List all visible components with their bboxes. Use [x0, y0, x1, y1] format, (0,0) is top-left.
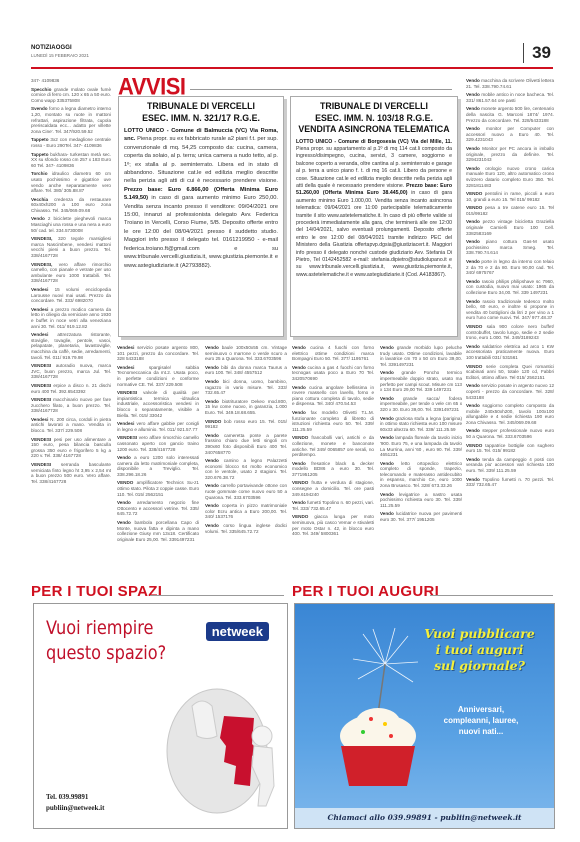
ad-keyword: VENDESI [117, 390, 143, 395]
ad-keyword: VENDO [292, 514, 314, 519]
ad-phone: Tel. 039.99891 [46, 792, 104, 803]
ad-keyword: Vendo [466, 279, 482, 284]
ad-keyword: Vendesi [31, 332, 57, 337]
ad-keyword: Vendo [380, 492, 399, 497]
classified-ad: Specchio grande molato ovale fumè cornic… [31, 87, 111, 104]
ad-keyword: Vendo [205, 345, 222, 350]
classified-ad: Vendo cucina 4 fuochi con forno elettric… [292, 345, 374, 362]
ad-keyword: Tappeto [31, 137, 50, 142]
ad-banner-spazi[interactable]: Vuoi riempire questo spazio? netweek Tel… [33, 603, 288, 829]
ad-keyword: VENDESI [117, 435, 139, 440]
classified-ad: Vendo cucina a gas 4 fuochi con forno te… [292, 365, 374, 382]
classified-ad: Vendo fax modello Olivetti T.L.M. funzio… [292, 410, 374, 432]
ad-keyword: VENDO [292, 435, 311, 440]
ad-keyword: Vendo [466, 146, 482, 151]
ad-headline-line: Vuoi riempire [46, 616, 166, 641]
ad-keyword: Vendo [205, 503, 222, 508]
ad-keyword: Vendo [205, 379, 223, 384]
classified-ad: VENDO bob rosso euro 15. Tel. 015/ 99182 [205, 419, 287, 430]
ad-keyword: VENDO [466, 324, 487, 329]
classified-ad: VENDESI, 320 tegole marsigliesi marca Na… [31, 236, 111, 258]
classified-ad: Vendo piano cottura Gas-M usato pochissi… [466, 239, 554, 256]
ad-keyword: VENDESI [31, 383, 53, 388]
classified-ad: Vendesi spargisale/ sabbia Tecnomeccanic… [117, 365, 199, 387]
classified-ad: Vendo tenda da campeggio 4 posti con ver… [466, 457, 554, 474]
ad-keyword: Vendo [205, 365, 221, 370]
ad-keyword: Vendo [466, 126, 486, 131]
classified-ad: VENDO serie completa Quei romantici scab… [466, 364, 554, 381]
ad-keyword: Vendo [205, 433, 224, 438]
ad-footer-contact[interactable]: Chiamaci allo 039.99891 - publiin@netwee… [295, 808, 554, 828]
ad-keyword: VENDESI, [31, 262, 59, 267]
classified-ad: Vendo coperta in pizzo matrimoniale colo… [205, 503, 287, 520]
classified-ad: Vendo mobile antico in noce bacheca. Tel… [466, 92, 554, 103]
classified-ad: Vendo fumetti Topolino n. 60 pezzi, vari… [292, 500, 374, 511]
classified-ad: VENDESI, vero affare rimorchio camello, … [31, 262, 111, 284]
ad-keyword: Vendo [466, 457, 482, 462]
classified-ad: Vendo baule 100x50x55 cm. Vintage seminu… [205, 345, 287, 362]
ad-keyword: Specchio [31, 87, 54, 92]
ad-keyword: Vendo [117, 455, 134, 460]
classified-ad: Vendo orologio nuovo crono carica manual… [466, 166, 554, 188]
ad-subtext-line: Anniversari, [407, 704, 555, 715]
notice-lot: LOTTO UNICO - Comune di Borgosesia (VC) … [296, 139, 452, 145]
section-divider [190, 89, 452, 90]
ad-keyword: Vendo [466, 166, 485, 171]
classified-ad: Vendo camino a legno Palazzetti economi … [205, 458, 287, 480]
ad-keyword: Vendo [466, 299, 483, 304]
classified-ad: VENDESI autoradio nuova, marca JVC, buon… [31, 363, 111, 380]
classified-ad: Tappeto 3x2 con medaglione centrale ross… [31, 137, 111, 148]
classified-ad: Vendo porte in legno da interno con tela… [466, 259, 554, 276]
ad-keyword: VENDESI [31, 462, 61, 467]
ad-keyword: Vendo [466, 403, 482, 408]
classified-ad: Vendo carrello portavivande ottone con r… [205, 483, 287, 500]
ad-keyword: Vendesi [117, 421, 136, 426]
classifieds-column-4: Vendo macchina da scrivere Olivetti lett… [466, 78, 554, 491]
classified-ad: VENDO pesa a tre catene euro 15. Tel 015… [466, 205, 554, 216]
classified-ad: VENDO pentolini in rame, piccoli a euro … [466, 191, 554, 202]
classified-ad: VENDO giacca lunga per moto seminuova, p… [292, 514, 374, 536]
ad-keyword: VENDO [466, 364, 486, 369]
classified-ad: Vendesi servizio posate argento 800, 101… [117, 345, 199, 362]
ad-keyword: Vendo [292, 461, 311, 466]
ad-keyword: Vendo [31, 216, 48, 221]
classified-ad: Vendo cameretta ponte a parete frassino … [205, 433, 287, 455]
ad-keyword: Vendo [466, 92, 481, 97]
classified-ad: VENDESI vero affare rimorchio camello ca… [117, 435, 199, 452]
classified-ad: Vendo graziosa stufa a legna (parigina) … [380, 416, 462, 433]
ad-keyword: Vendo [380, 345, 397, 350]
ad-keyword: Vendo [466, 259, 481, 264]
ad-keyword: Vendesi [31, 417, 50, 422]
page-header: NOTIZIAOGGI LUNEDÌ 15 FEBBRAIO 2021 39 [31, 45, 551, 69]
ad-keyword: Vendesi [31, 287, 55, 292]
ad-keyword: Vendo [292, 385, 309, 390]
ad-contact: Tel. 039.99891 publiin@netweek.it [46, 792, 104, 814]
ad-headline-line: sul giornale? [407, 658, 552, 674]
notice-title: TRIBUNALE DI VERCELLI [124, 101, 278, 113]
section-divider [150, 595, 284, 596]
notice-body: LOTTO UNICO - Comune di Balmuccia (VC) V… [124, 127, 278, 270]
classified-ad: Vendo bambola porcellana Capo di Monte, … [117, 520, 199, 542]
ad-headline-line: i tuoi auguri [407, 642, 552, 658]
classified-ad: VENDO tappatrice bottiglie con sughero e… [466, 443, 554, 454]
ad-keyword: Vendo [380, 416, 395, 421]
classified-ad: Vendo fresatrice black & decker modello … [292, 461, 374, 478]
ad-keyword: VENDESI [31, 437, 54, 442]
notice-sale-type: VENDITA ASINCRONA TELEMATICA [296, 124, 452, 136]
classified-ad: Torchio idraulico diametro 60 cm usato p… [31, 171, 111, 193]
notice-text-2: in caso di gara aumento minimo Euro 1.00… [296, 190, 452, 277]
newspaper-page: NOTIZIAOGGI LUNEDÌ 15 FEBBRAIO 2021 39 A… [0, 0, 580, 842]
classified-ad: Vendesi vero affare gabbie per conigli i… [117, 421, 199, 432]
ad-keyword: Vendo [205, 458, 224, 463]
ad-keyword: Vendo [205, 483, 220, 488]
ad-keyword: Vendo [292, 500, 307, 505]
classified-ad: Vendo letto ortopedico elettrico complet… [380, 461, 462, 489]
classified-ad: Vendo servizio posate in argento nuovo 1… [466, 383, 554, 400]
classified-ad: VENDO amplificatore Technics Su-z1 ottim… [117, 480, 199, 497]
ad-keyword: Torchio [31, 171, 52, 176]
classified-ad: VENDO francobolli vari, antichi e da col… [292, 435, 374, 457]
classified-ad: Vendo Topolino fumetti n. 70 pezzi. Tel.… [466, 477, 554, 488]
ad-banner-auguri[interactable]: Vuoi pubblicare i tuoi auguri sul giorna… [294, 603, 555, 829]
ad-keyword: Vendo [117, 520, 135, 525]
classified-ad: VENDESI valvole di qualità per impiantis… [117, 390, 199, 418]
classified-ad: Vendo grande sacca/ fodera impermeabile,… [380, 396, 462, 413]
ad-keyword: Vendo [466, 219, 483, 224]
classified-ad: VENDESI macchinario nuovo per fare zucch… [31, 397, 111, 414]
section-title-spazi: PER I TUOI SPAZI [31, 583, 162, 600]
ad-keyword: Vendo [117, 500, 137, 505]
classified-ad: Vendo grande Poncho termico impermeabile… [380, 370, 462, 392]
ad-keyword: Vendo [466, 428, 482, 433]
classified-ad: Vendo macchina da scrivere Olivetti lett… [466, 78, 554, 89]
classified-ad: Tappeto bukhara- turkestan metà sec. XX … [31, 152, 111, 169]
classified-ad: Vendesi attrezzatura ristorante, stovigl… [31, 332, 111, 360]
classified-ad: Vendo bici donna, uomo, bambino, ragazzo… [205, 379, 287, 396]
classified-ad: Vendo stepper professionale nuovo euro 5… [466, 428, 554, 439]
notice-subtitle: ESEC. IMM. N. 103/18 R.G.E. [296, 113, 452, 125]
classified-ad: Vendo corso lingua inglese dodici volumi… [205, 523, 287, 534]
ad-headline-line: questo spazio? [46, 641, 166, 666]
notice-body: LOTTO UNICO - Comune di Borgosesia (VC) … [296, 139, 452, 280]
ad-keyword: Vendo [292, 365, 308, 370]
ad-text: 347- 4109836 [31, 78, 59, 83]
classified-ad: Vendo rasoio tradizionale tedesco molto … [466, 299, 554, 321]
classified-ad: Vendo saldatrice elettrica ad arco 1 KW … [466, 344, 554, 361]
ad-keyword: Vendo [466, 239, 486, 244]
ad-keyword: VENDO [466, 191, 485, 196]
ad-keyword: Vendo [380, 461, 401, 466]
ad-keyword: Tappeto [31, 152, 50, 157]
classified-ad: Vendo arredamento negozio fine Ottocento… [117, 500, 199, 517]
classified-ad: Vendo soggiorno completo composto da mob… [466, 403, 554, 425]
classified-ad: Vendesi 15 volumi enciclopedia Larousse … [31, 287, 111, 304]
ad-keyword: Vendo [380, 435, 395, 440]
classified-ad: Svendo forno a legna diametro interno 1,… [31, 106, 111, 134]
classified-ad: Vendesi a prezzo modico camera da letto … [31, 307, 111, 329]
issue-date: LUNEDÌ 15 FEBBRAIO 2021 [31, 53, 89, 58]
netweek-logo: netweek [206, 622, 269, 641]
ad-headline-line: Vuoi pubblicare [407, 626, 552, 642]
classified-ad: Vendo monete argento 500 lire, centenari… [466, 106, 554, 123]
classifieds-column-5: Vendo cucina 4 fuochi con forno elettric… [292, 345, 374, 540]
classified-ad: Vendo bibi da donna marca Taurus a euro … [205, 365, 287, 376]
notice-text: Piena propr. su ex fabbricato rurale a2 … [124, 136, 278, 184]
section-title-auguri: PER I TUOI AUGURI [292, 583, 439, 600]
classified-ad: Vendo levigatrice a nastro usata pochiss… [380, 492, 462, 509]
ad-keyword: Svendo [31, 106, 49, 111]
classified-ad: Vendo 2 biciclette pieghevoli marca Masc… [31, 216, 111, 233]
classified-ad: Vendo biotrituratore Dekeo mod.800, 15 k… [205, 399, 287, 416]
ad-keyword: Vendo [380, 370, 402, 375]
ad-keyword: Vendo [292, 410, 311, 415]
ad-keyword: Vecchia [31, 197, 54, 202]
ad-keyword: Vendo [380, 511, 396, 516]
ad-keyword: VENDO [205, 419, 224, 424]
ad-keyword: Vendo [466, 477, 482, 482]
classified-ad: VENDO frutta e verdura di stagione, cons… [292, 480, 374, 497]
section-divider [430, 595, 553, 596]
ad-keyword: Vendo [466, 383, 481, 388]
ad-subtext-line: compleanni, lauree, [407, 715, 555, 726]
ad-keyword: VENDO [292, 480, 311, 485]
puzzle-figure-icon [162, 666, 282, 816]
ad-keyword: VENDO [466, 205, 485, 210]
classified-ad: Vendo cucina angolare bellissima in rove… [292, 385, 374, 407]
ad-keyword: VENDESI [31, 397, 53, 402]
classified-ad: 347- 4109836 [31, 78, 111, 84]
ad-keyword: VENDESI, [31, 236, 58, 241]
classified-ad: Vendo lampada floreale da tavolo inizio … [380, 435, 462, 457]
ad-keyword: Vendo [466, 106, 481, 111]
classified-ad: VENDESI pesi per uso alimentare a 150 eu… [31, 437, 111, 459]
classified-ad: Vecchia credenza da restaurare 60x40xh20… [31, 197, 111, 214]
ad-keyword: Vendo [205, 523, 223, 528]
ad-keyword: Vendo [380, 396, 403, 401]
notice-title: TRIBUNALE DI VERCELLI [296, 101, 452, 113]
ad-keyword: VENDO [466, 443, 485, 448]
page-number: 39 [523, 43, 551, 63]
ad-keyword: Vendo [466, 78, 481, 83]
header-divider [31, 67, 553, 69]
notice-subtitle: ESEC. IMM. N. 321/17 R.G.E. [124, 113, 278, 125]
ad-keyword: Vendo [466, 344, 482, 349]
ad-subtext: Anniversari, compleanni, lauree, nuovi n… [407, 704, 555, 737]
classifieds-column-1: 347- 4109836Specchio grande molato ovale… [31, 78, 111, 487]
classified-ad: Vendo rasoio philips philipshave sc 7960… [466, 279, 554, 296]
classified-ad: Vendo Monitor per PC ancora in imballo o… [466, 146, 554, 163]
brand-name: NOTIZIAOGGI [31, 45, 72, 51]
classified-ad: Vendesi N. 200 circa, cordoli in pietra … [31, 417, 111, 434]
classified-ad: Vendo lucidatrice nuova per pavimenti eu… [380, 511, 462, 522]
classified-ad: VENDO sala 900 colore nero buffet/ contr… [466, 324, 554, 341]
ad-keyword: Vendesi [31, 307, 51, 312]
ad-headline: Vuoi pubblicare i tuoi auguri sul giorna… [407, 626, 552, 674]
classified-ad: Vendo pezzo vintage bicicletta Graziella… [466, 219, 554, 236]
classifieds-column-6: Vendo grande morbido lupo peluche trudy … [380, 345, 462, 526]
classifieds-column-3: Vendo baule 100x50x55 cm. Vintage seminu… [205, 345, 287, 537]
notice-text-2: in caso di gara aumento minimo Euro 250,… [124, 195, 278, 268]
ad-keyword: VENDESI [31, 363, 56, 368]
ad-keyword: Vendo [292, 345, 310, 350]
classified-ad: Vendo monitor per Computer con accessori… [466, 126, 554, 143]
ad-headline: Vuoi riempire questo spazio? [46, 616, 166, 666]
classified-ad: Vendo grande morbido lupo peluche trudy … [380, 345, 462, 367]
ad-subtext-line: nuovi nati... [407, 726, 555, 737]
ad-keyword: Vendo [205, 399, 222, 404]
classified-ad: VENDESI serranda basculante verniciata f… [31, 462, 111, 484]
court-notice-1: TRIBUNALE DI VERCELLI ESEC. IMM. N. 321/… [118, 96, 284, 337]
classified-ad: VENDESI erpice a disco n. 21 dischi euro… [31, 383, 111, 394]
ad-email[interactable]: publiin@netweek.it [46, 803, 104, 814]
classified-ad: Vendo a euro 1200 solo interessati camer… [117, 455, 199, 477]
ad-keyword: Vendesi [117, 365, 149, 370]
ad-keyword: VENDO [117, 480, 137, 485]
ad-keyword: Vendesi [117, 345, 137, 350]
classifieds-column-2: Vendesi servizio posate argento 800, 101… [117, 345, 199, 545]
court-notice-2: TRIBUNALE DI VERCELLI ESEC. IMM. N. 103/… [290, 96, 458, 337]
